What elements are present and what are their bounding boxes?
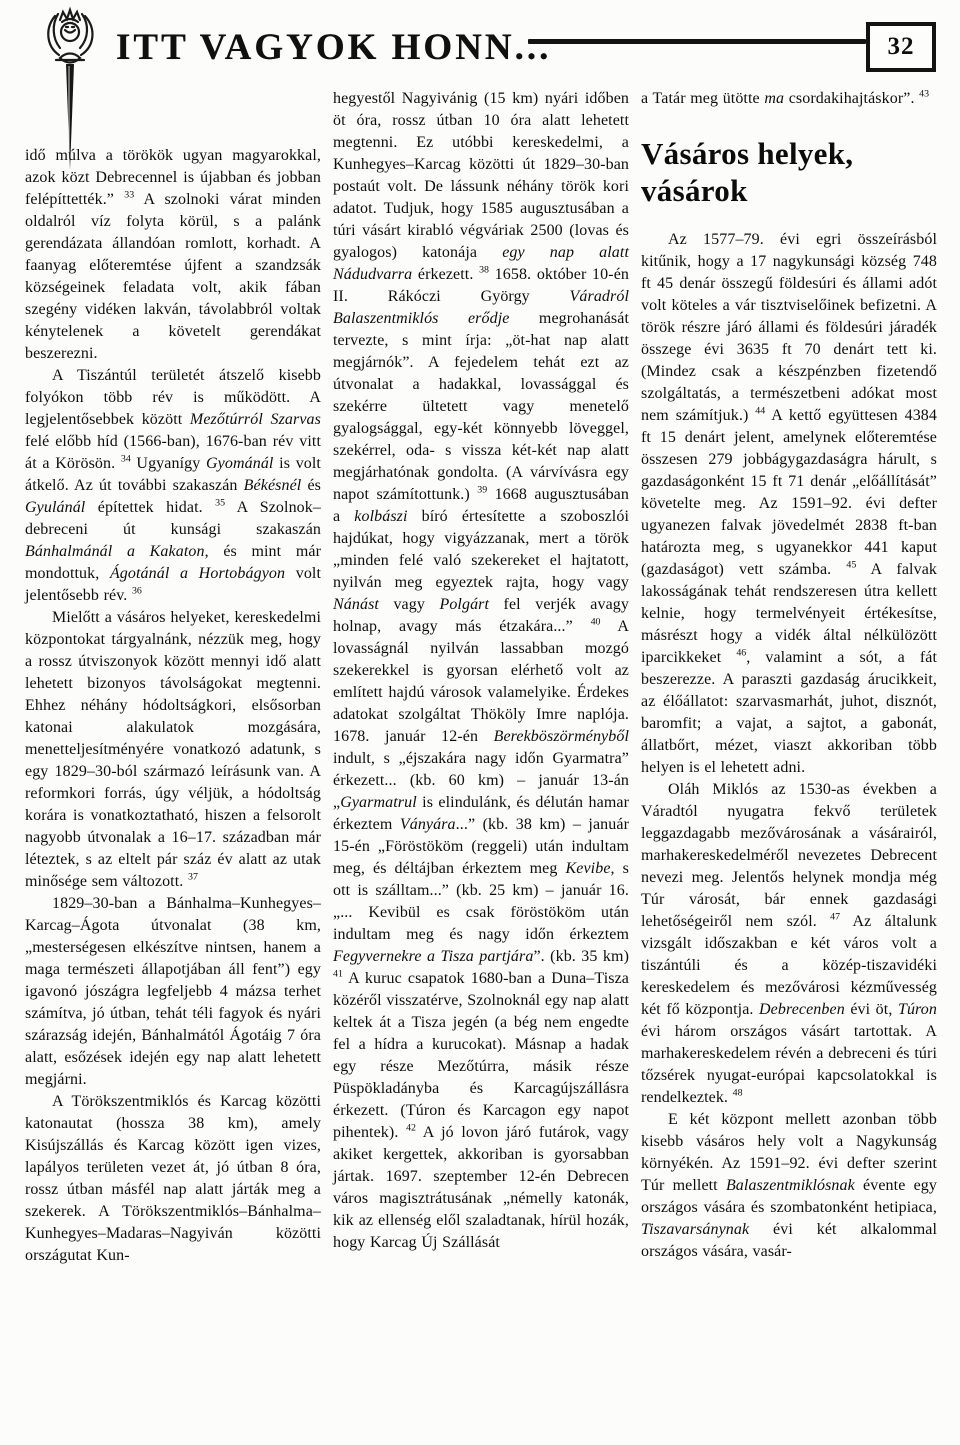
paragraph: a Tatár meg ütötte ma csordakihajtáskor”… <box>641 88 937 110</box>
page-number: 32 <box>888 33 915 61</box>
scanned-book-page: ITT VAGYOK HONN... 32 idő múlva a törökö… <box>0 0 960 1445</box>
column-right: a Tatár meg ütötte ma csordakihajtáskor”… <box>641 88 937 1267</box>
footnote-marker: 38 <box>479 265 489 276</box>
footnote-marker: 42 <box>406 1123 416 1134</box>
paragraph: Mielőtt a vásáros helyeket, kereskedelmi… <box>25 607 321 893</box>
paragraph: Az 1577–79. évi egri összeírásból kitűni… <box>641 229 937 779</box>
paragraph: Oláh Miklós az 1530-as években a Váradtó… <box>641 779 937 1109</box>
column-left: idő múlva a törökök ugyan magyarokkal, a… <box>25 88 321 1267</box>
footnote-marker: 46 <box>736 648 746 659</box>
footnote-marker: 35 <box>215 498 225 509</box>
footnote-marker: 45 <box>846 560 856 571</box>
footnote-marker: 37 <box>188 872 198 883</box>
column-middle: hegyestől Nagyivánig (15 km) nyári időbe… <box>333 88 629 1267</box>
footnote-marker: 34 <box>121 454 131 465</box>
footnote-marker: 40 <box>591 617 601 628</box>
footnote-marker: 36 <box>132 586 142 597</box>
paragraph: 1829–30-ban a Bánhalma–Kunhegyes–Karcag–… <box>25 893 321 1091</box>
paragraph: A Tiszántúl területét átszelő kisebb fol… <box>25 365 321 607</box>
paragraph: hegyestől Nagyivánig (15 km) nyári időbe… <box>333 88 629 1254</box>
paragraph: idő múlva a törökök ugyan magyarokkal, a… <box>25 145 321 365</box>
footnote-marker: 48 <box>733 1088 743 1099</box>
footnote-marker: 41 <box>333 969 343 980</box>
footnote-marker: 47 <box>830 912 840 923</box>
paragraph: A Törökszentmiklós és Karcag közötti kat… <box>25 1091 321 1267</box>
footnote-marker: 43 <box>919 89 929 100</box>
footnote-marker: 39 <box>477 485 487 496</box>
paragraph: E két központ mellett azonban több kiseb… <box>641 1109 937 1263</box>
section-heading: Vásáros helyek, vásárok <box>641 136 937 209</box>
footnote-marker: 33 <box>124 190 134 201</box>
page-number-badge: 32 <box>866 22 936 72</box>
header-rule <box>528 39 866 44</box>
page-title: ITT VAGYOK HONN... <box>116 26 551 69</box>
text-columns: idő múlva a törökök ugyan magyarokkal, a… <box>25 88 937 1267</box>
footnote-marker: 44 <box>755 406 765 417</box>
